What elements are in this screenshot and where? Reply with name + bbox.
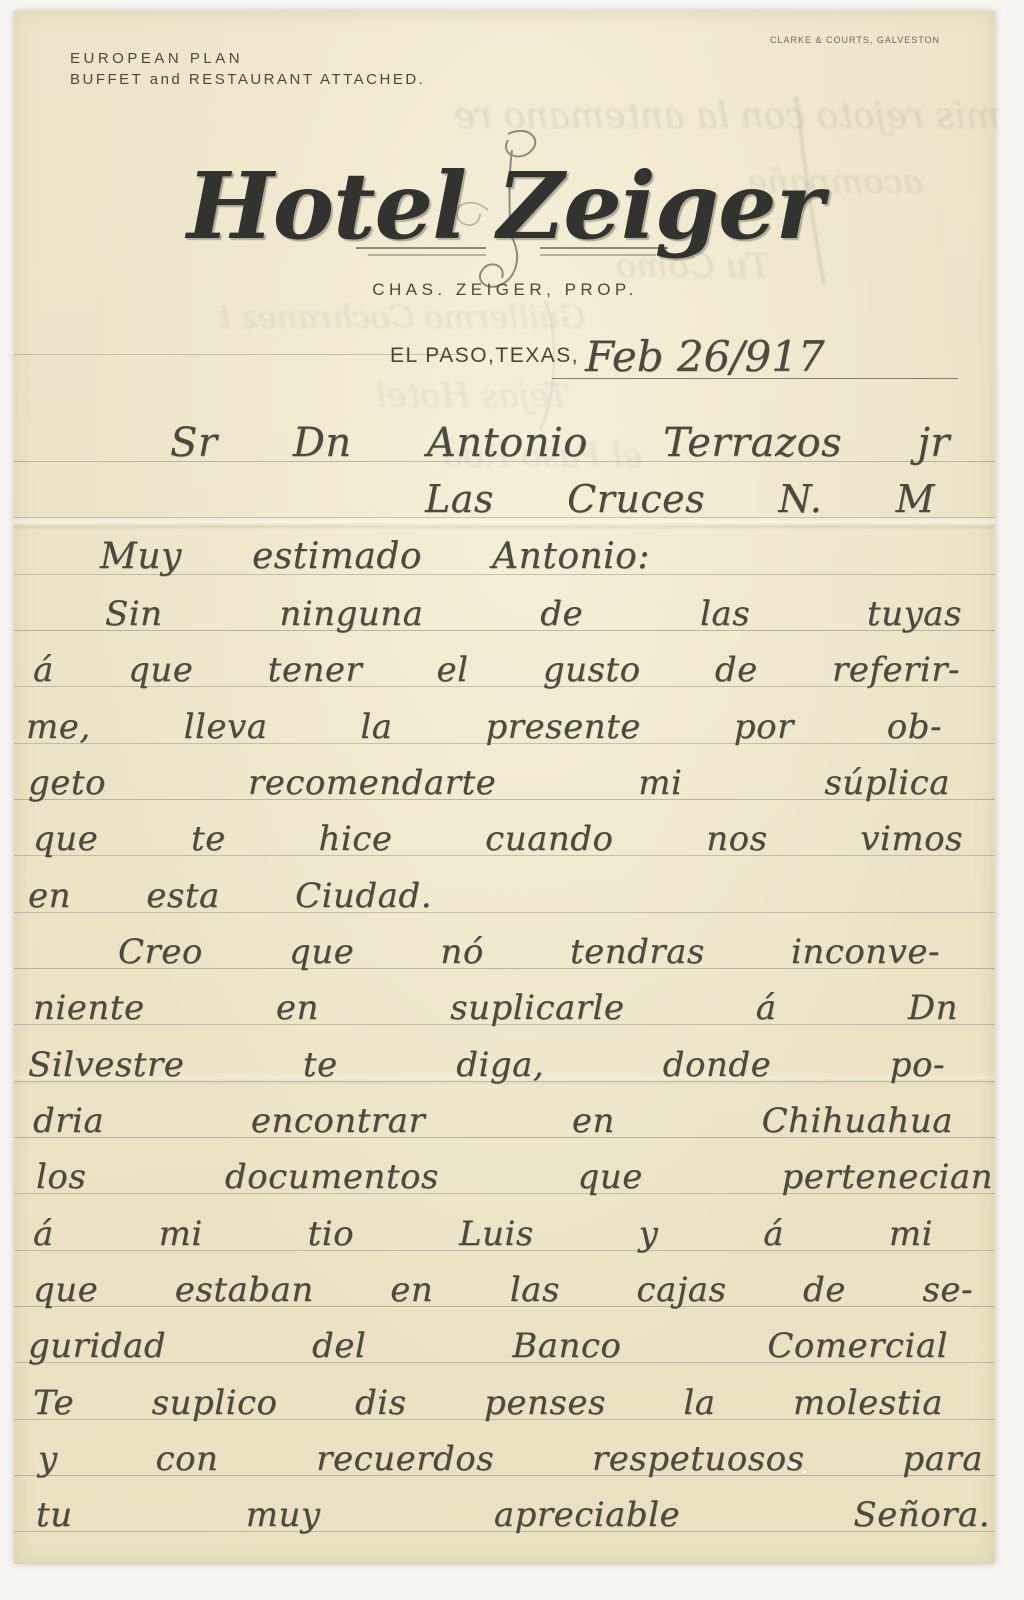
recipient-line: Las Cruces N. M xyxy=(425,475,935,524)
body-line: geto recomendarte mi súplica xyxy=(28,761,950,805)
body-line: á que tener el gusto de referir- xyxy=(33,648,960,692)
proprietor-line: CHAS. ZEIGER, PROP. xyxy=(372,280,638,300)
scanned-letter-page: mis rejoto con la antemano reacompañeTu … xyxy=(0,0,1024,1600)
body-line: niente en suplicarle á Dn xyxy=(33,986,958,1030)
buffet-restaurant-line: BUFFET and RESTAURANT ATTACHED. xyxy=(70,71,425,88)
body-line: en esta Ciudad. xyxy=(28,874,432,918)
body-line: que estaban en las cajas de se- xyxy=(33,1268,973,1312)
recipient-line: Sr Dn Antonio Terrazos jr xyxy=(170,417,950,469)
body-line: dria encontrar en Chihuahua xyxy=(33,1099,953,1143)
salutation-line: Muy estimado Antonio: xyxy=(100,534,650,581)
body-line: y con recuerdos respetuosos para xyxy=(38,1437,983,1481)
body-line: guridad del Banco Comercial xyxy=(28,1324,948,1368)
european-plan-line: EUROPEAN PLAN xyxy=(70,50,243,67)
bleed-through-line: Tejas Hotel xyxy=(330,376,615,416)
body-line: me, lleva la presente por ob- xyxy=(26,705,942,749)
body-line: Sin ninguna de las tuyas xyxy=(105,592,962,636)
printer-credit: CLARKE & COURTS, GALVESTON xyxy=(770,35,940,45)
paper-speck xyxy=(788,1462,797,1468)
paper-speck xyxy=(802,1470,807,1474)
body-line: Te suplico dis penses la molestia xyxy=(33,1381,943,1425)
bleed-through-line: mis rejoto con la antemano re xyxy=(590,96,1000,137)
body-line: Silvestre te diga, donde po- xyxy=(28,1043,945,1087)
body-line: que te hice cuando nos vimos xyxy=(33,817,963,861)
body-line: Creo que nó tendras inconve- xyxy=(118,930,940,974)
body-line: á mi tio Luis y á mi xyxy=(33,1212,933,1256)
bleed-through-line: Guillermo Cochranez t xyxy=(240,298,585,336)
handwritten-date: Feb 26/917 xyxy=(585,332,825,381)
hotel-name-logo: Hotel Zeiger xyxy=(187,152,823,260)
date-underline xyxy=(552,378,958,379)
body-line: los documentos que pertenecian xyxy=(36,1155,993,1199)
place-date-printed: EL PASO,TEXAS, xyxy=(390,344,579,368)
body-line: tu muy apreciable Señora. xyxy=(36,1493,990,1537)
